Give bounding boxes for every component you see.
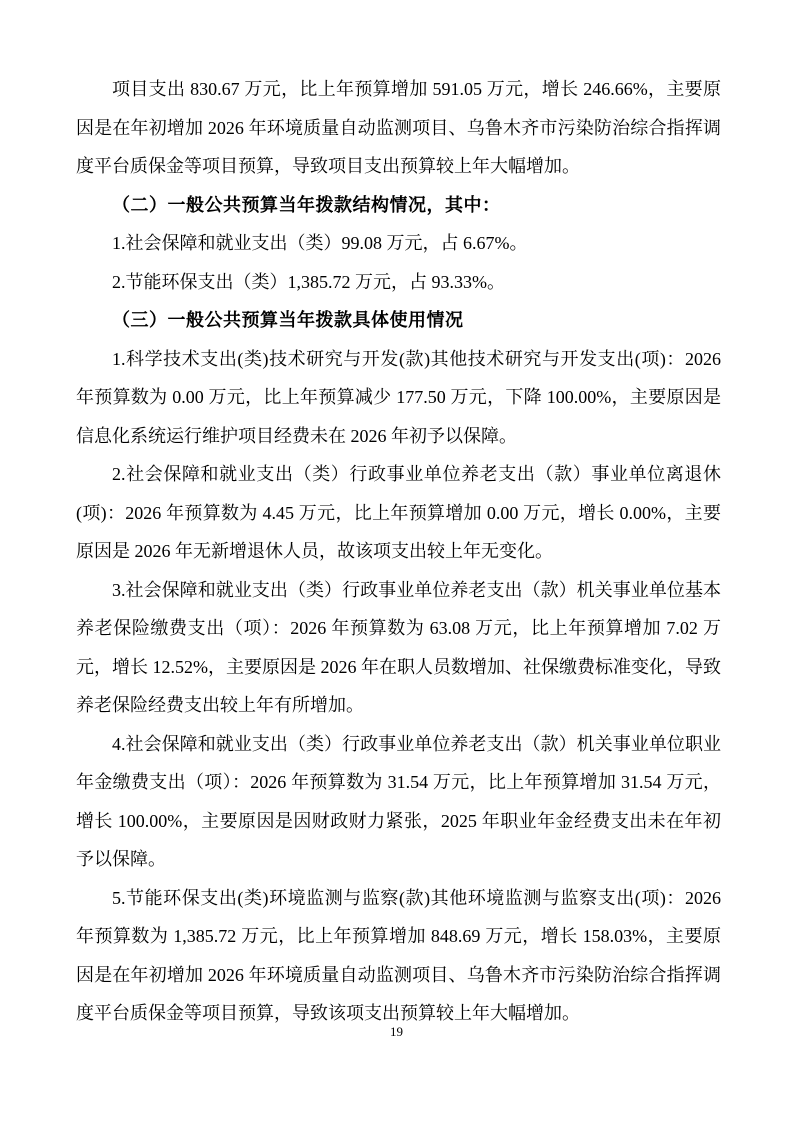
page-number: 19 bbox=[0, 1024, 793, 1040]
paragraph-item-2-retirement-expenditure: 2.社会保障和就业支出（类）行政事业单位养老支出（款）事业单位离退休(项)：20… bbox=[76, 455, 721, 571]
paragraph-item-3-basic-pension-insurance: 3.社会保障和就业支出（类）行政事业单位养老支出（款）机关事业单位基本养老保险缴… bbox=[76, 571, 721, 725]
paragraph-item-4-occupational-annuity: 4.社会保障和就业支出（类）行政事业单位养老支出（款）机关事业单位职业年金缴费支… bbox=[76, 725, 721, 879]
paragraph-item-1-science-technology: 1.科学技术支出(类)技术研究与开发(款)其他技术研究与开发支出(项)：2026… bbox=[76, 340, 721, 456]
list-item-energy-environment-protection: 2.节能环保支出（类）1,385.72 万元，占 93.33%。 bbox=[76, 263, 721, 302]
document-body: 项目支出 830.67 万元，比上年预算增加 591.05 万元，增长 246.… bbox=[76, 70, 721, 1033]
paragraph-project-expenditure-summary: 项目支出 830.67 万元，比上年预算增加 591.05 万元，增长 246.… bbox=[76, 70, 721, 186]
heading-section-two-allocation-structure: （二）一般公共预算当年拨款结构情况，其中： bbox=[76, 186, 721, 225]
heading-section-three-specific-usage: （三）一般公共预算当年拨款具体使用情况 bbox=[76, 301, 721, 340]
document-page: 项目支出 830.67 万元，比上年预算增加 591.05 万元，增长 246.… bbox=[0, 0, 793, 1122]
paragraph-item-5-environment-monitoring: 5.节能环保支出(类)环境监测与监察(款)其他环境监测与监察支出(项)：2026… bbox=[76, 879, 721, 1033]
list-item-social-security-employment: 1.社会保障和就业支出（类）99.08 万元，占 6.67%。 bbox=[76, 224, 721, 263]
